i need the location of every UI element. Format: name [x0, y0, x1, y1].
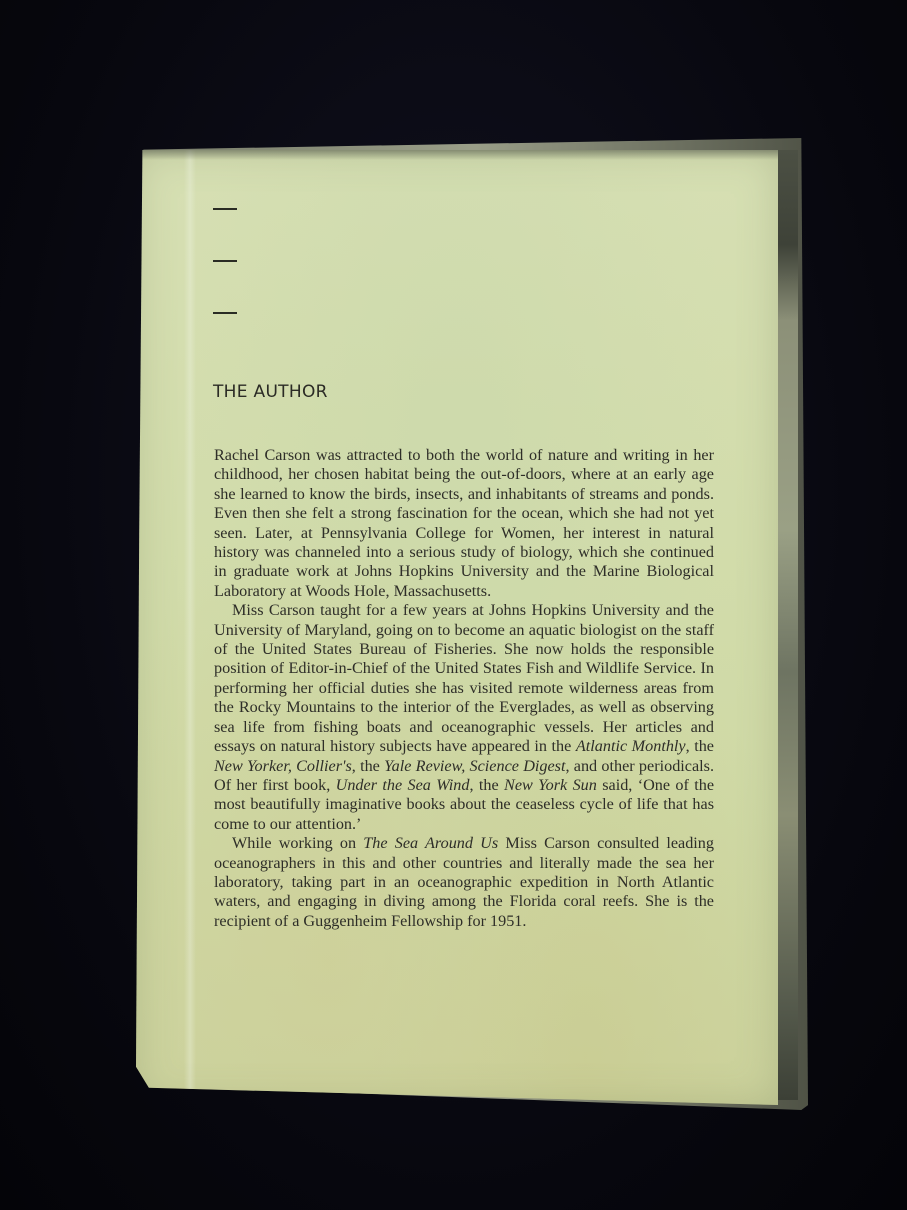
text-run: Rachel Carson was attracted to both the …: [214, 446, 714, 600]
section-heading: THE AUTHOR: [213, 382, 328, 402]
italic-title: The Sea Around Us: [363, 834, 498, 852]
bio-paragraph: Rachel Carson was attracted to both the …: [214, 446, 714, 601]
italic-title: Atlantic Monthly: [576, 737, 686, 755]
text-run: Miss Carson taught for a few years at Jo…: [214, 601, 714, 755]
book-back-cover: THE AUTHOR Rachel Carson was attracted t…: [136, 150, 778, 1105]
section-mark: [213, 260, 237, 262]
italic-title: Yale Review, Science Digest: [384, 757, 565, 775]
text-run: While working on: [232, 834, 363, 852]
top-crease: [136, 150, 778, 160]
bio-paragraph: While working on The Sea Around Us Miss …: [214, 834, 714, 931]
bio-paragraph: Miss Carson taught for a few years at Jo…: [214, 601, 714, 834]
section-mark: [213, 312, 237, 314]
text-run: , the: [352, 757, 384, 775]
author-biography: Rachel Carson was attracted to both the …: [214, 446, 714, 931]
text-run: , the: [686, 737, 714, 755]
section-mark: [213, 208, 237, 210]
italic-title: New Yorker, Collier's: [214, 757, 352, 775]
italic-title: Under the Sea Wind: [336, 776, 470, 794]
text-run: , the: [469, 776, 504, 794]
italic-title: New York Sun: [504, 776, 597, 794]
spine-edge: [776, 150, 798, 1100]
